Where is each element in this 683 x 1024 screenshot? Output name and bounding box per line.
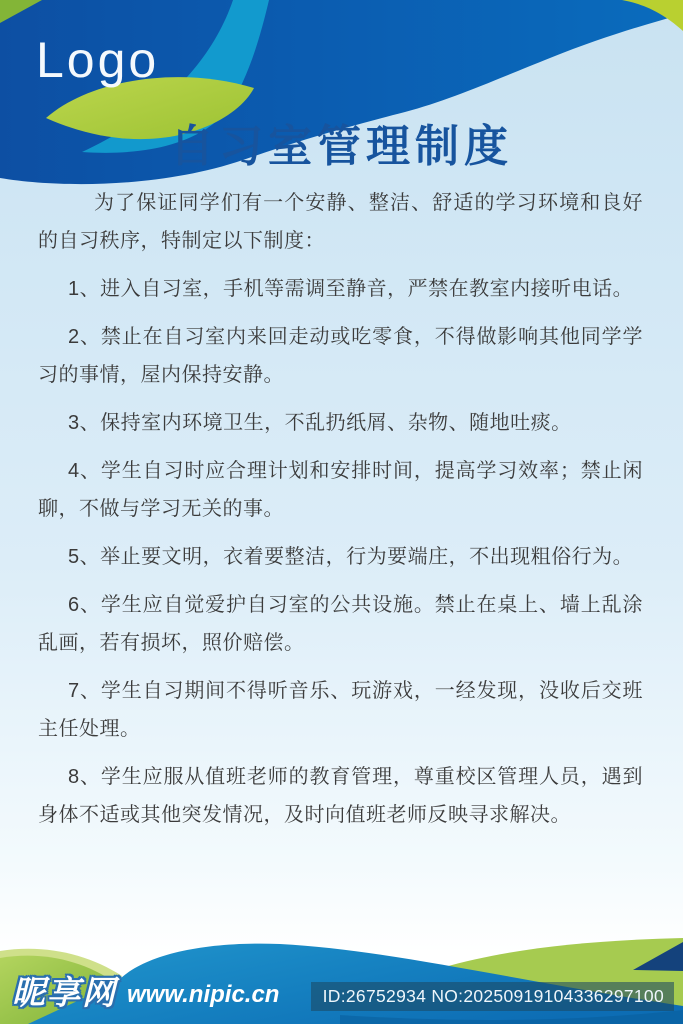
- image-id-badge: ID:26752934 NO:20250919104336297100: [311, 982, 674, 1011]
- rule-item-8: 8、学生应服从值班老师的教育管理，尊重校区管理人员，遇到身体不适或其他突发情况，…: [38, 758, 643, 834]
- study-room-rules-poster: Logo 自习室管理制度 为了保证同学们有一个安静、整洁、舒适的学习环境和良好的…: [0, 0, 683, 1024]
- rule-item-2: 2、禁止在自习室内来回走动或吃零食，不得做影响其他同学学习的事情，屋内保持安静。: [38, 318, 643, 394]
- watermark: 昵享网 www.nipic.cn: [12, 970, 279, 1012]
- rule-item-7: 7、学生自习期间不得听音乐、玩游戏，一经发现，没收后交班主任处理。: [38, 672, 643, 748]
- rule-item-1: 1、进入自习室，手机等需调至静音，严禁在教室内接听电话。: [38, 270, 643, 308]
- rule-item-4: 4、学生自习时应合理计划和安排时间，提高学习效率；禁止闲聊，不做与学习无关的事。: [38, 452, 643, 528]
- rule-item-3: 3、保持室内环境卫生，不乱扔纸屑、杂物、随地吐痰。: [38, 404, 643, 442]
- intro-paragraph: 为了保证同学们有一个安静、整洁、舒适的学习环境和良好的自习秩序，特制定以下制度：: [38, 184, 643, 260]
- watermark-site-url: www.nipic.cn: [127, 978, 279, 1012]
- rule-item-6: 6、学生应自觉爱护自习室的公共设施。禁止在桌上、墙上乱涂乱画，若有损坏，照价赔偿…: [38, 586, 643, 662]
- rule-item-5: 5、举止要文明，衣着要整洁，行为要端庄，不出现粗俗行为。: [38, 538, 643, 576]
- watermark-site-name: 昵享网: [12, 974, 117, 1012]
- logo-text: Logo: [36, 34, 159, 86]
- rules-text-block: 为了保证同学们有一个安静、整洁、舒适的学习环境和良好的自习秩序，特制定以下制度：…: [38, 184, 643, 844]
- page-title: 自习室管理制度: [0, 122, 683, 172]
